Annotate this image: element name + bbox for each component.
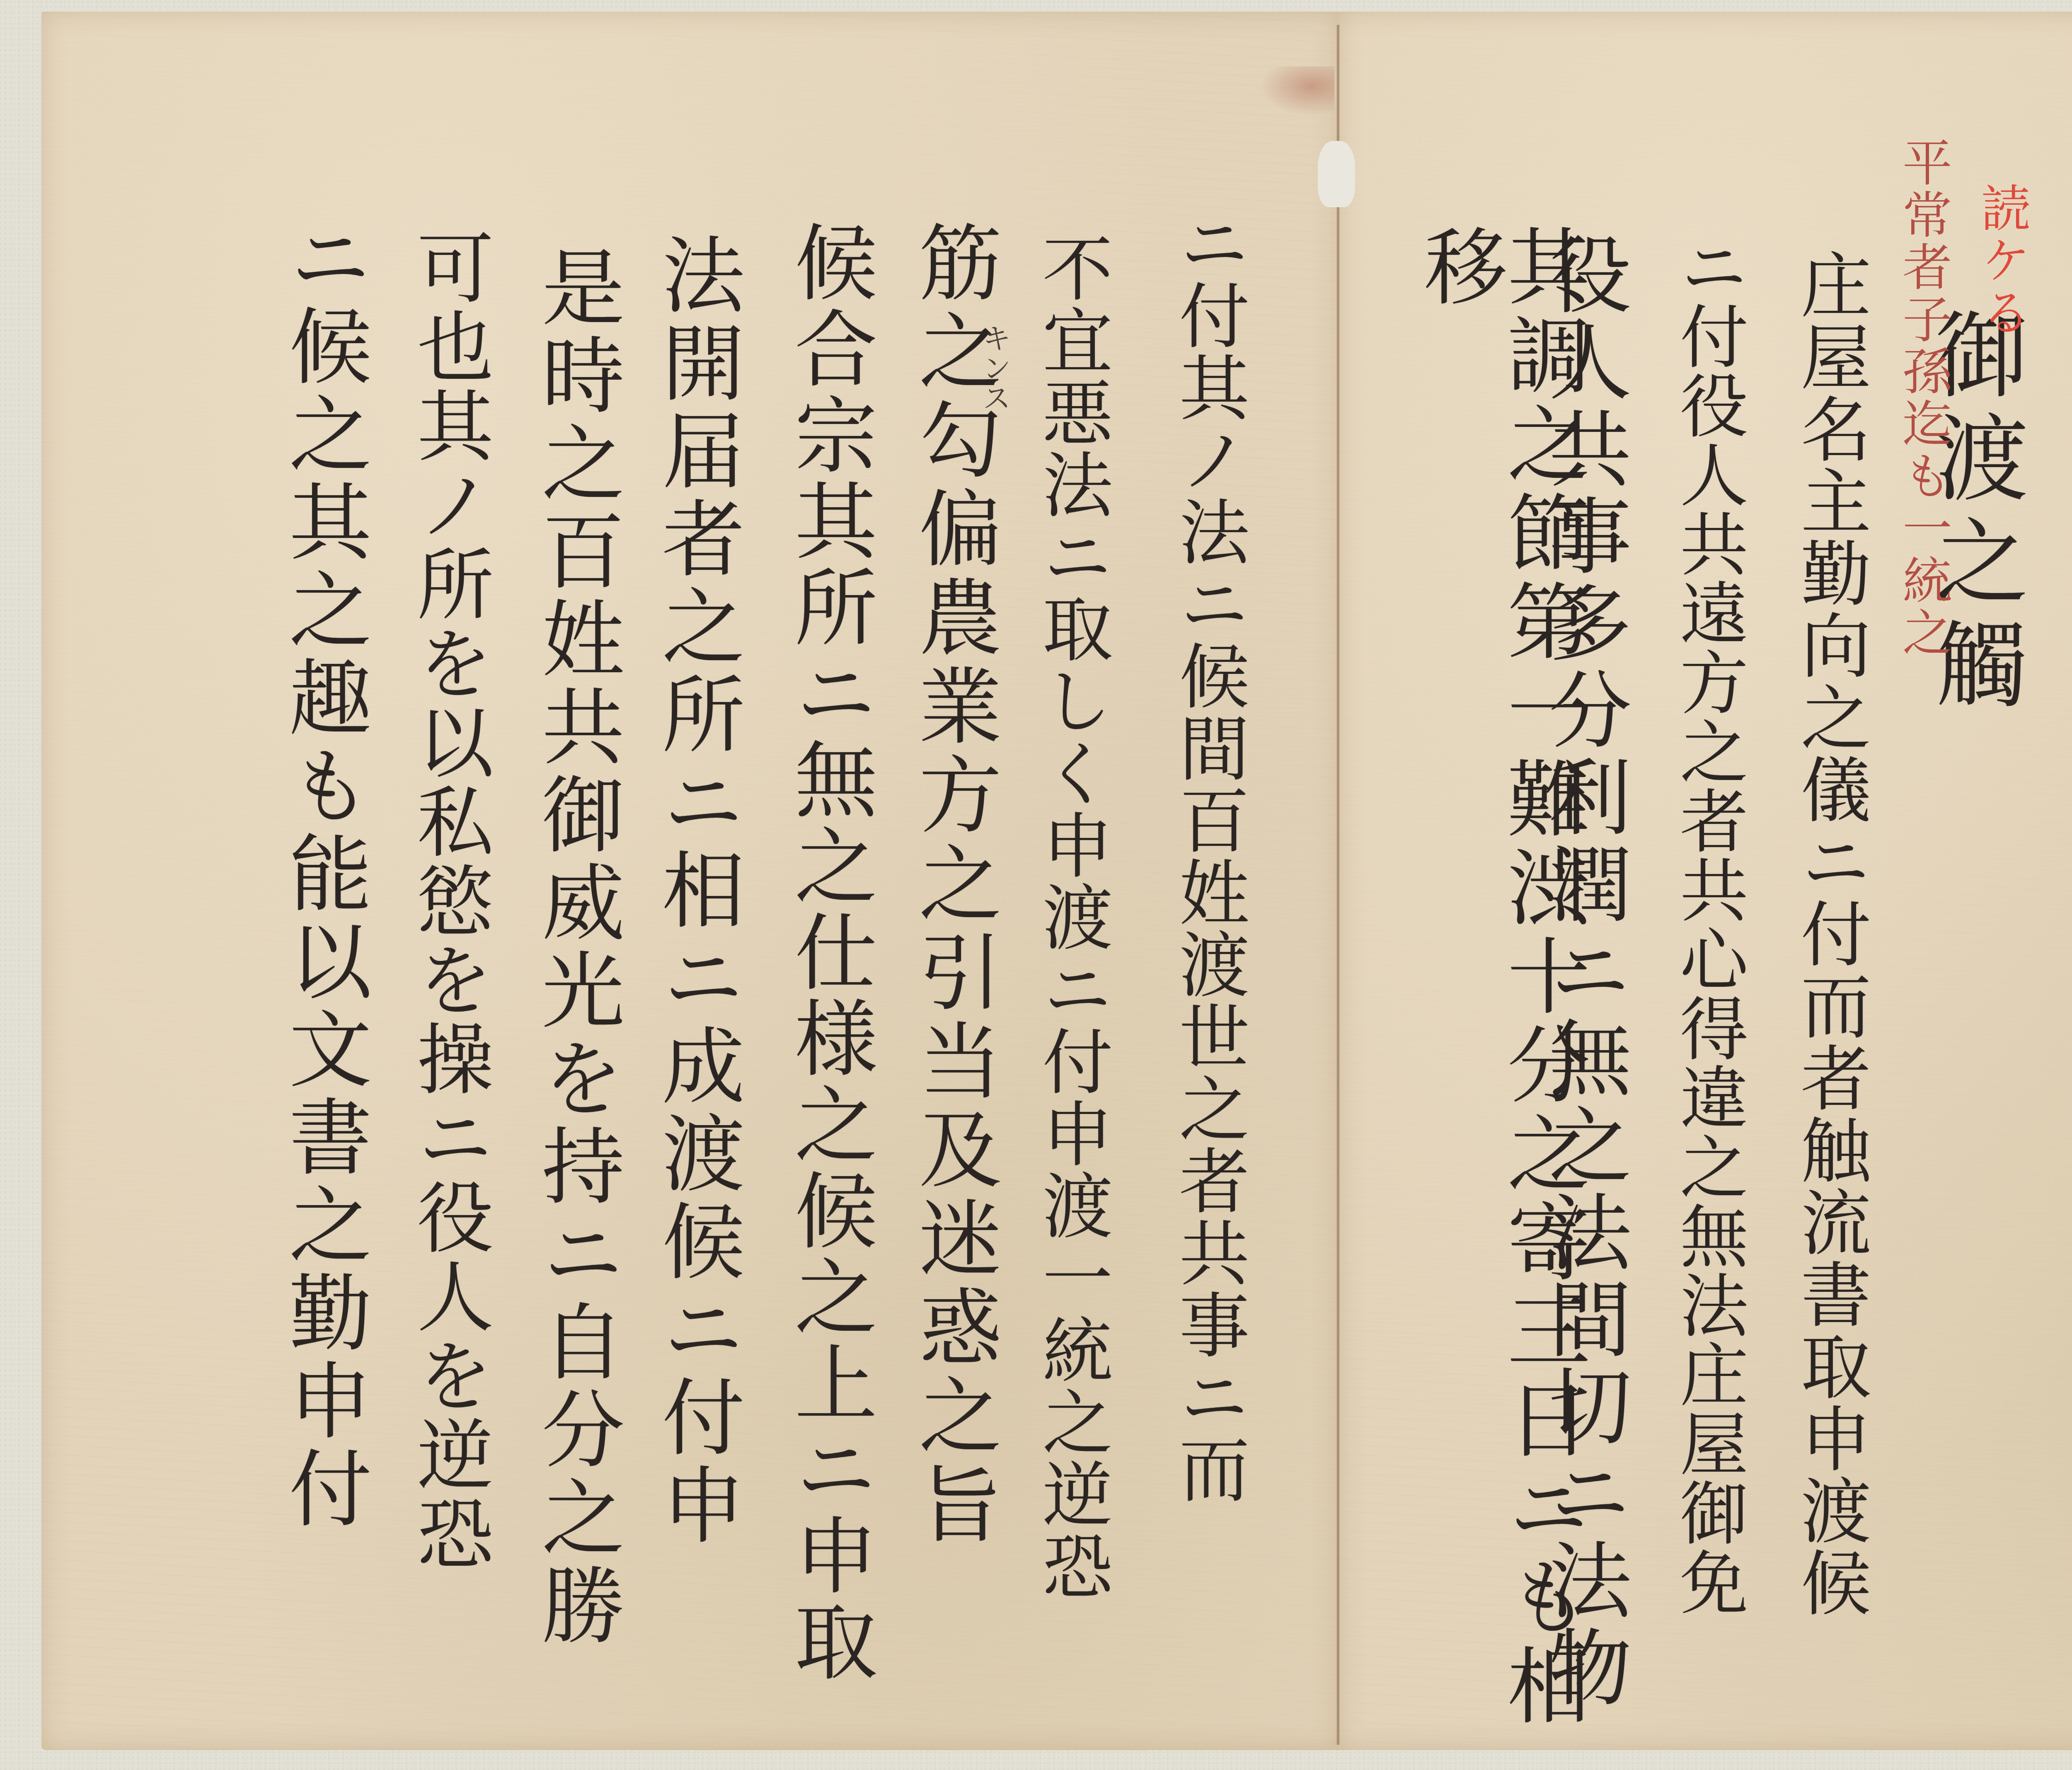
left-col-2: 不宜悪法ニ取しく申渡ニ付申渡一統之逆恐 <box>1036 232 1106 1602</box>
left-col-6: 是時之百姓共御威光を持ニ自分之勝 <box>535 245 617 1650</box>
red-annotation-long: 平常者子孫迄も一統之 <box>1898 137 1948 659</box>
katakana-gloss: キンス <box>974 323 1016 413</box>
left-col-7: 可也其ノ所を以私慾を操ニ役人を逆恐 <box>410 228 487 1574</box>
red-annotation-short: 読ケる <box>1977 182 2026 339</box>
right-col-5: 庄屋名主勤向之儀ニ付而者触流書取申渡候 <box>1794 249 1865 1619</box>
right-col-8: 其調之節第一難渋十分之寄三日ニも相移 <box>1417 224 1583 1770</box>
left-col-5: 法開届者之所ニ相ニ成渡候ニ付申 <box>655 232 738 1550</box>
left-col-3: 筋之勾偏農業方之引当及迷惑之旨 <box>912 220 995 1550</box>
right-col-3: 庄屋名主勤向之儀ニ付申渡物頭并触流より <box>2055 298 2072 1770</box>
center-fold <box>1336 25 1340 1745</box>
left-col-4: 候合宗其所ニ無之仕様之候之上ニ申取 <box>787 220 870 1685</box>
red-stain <box>1260 66 1334 116</box>
left-col-8: ニ候之其之趣も能以文書之勤申付 <box>282 215 365 1533</box>
left-col-1: ニ付其ノ法ニ候間百姓渡世之者共事ニ而 <box>1173 207 1243 1505</box>
right-col-6: ニ付役人共遠方之者共心得違之無法庄屋御免 <box>1674 232 1743 1616</box>
paper-tear <box>1318 141 1355 207</box>
